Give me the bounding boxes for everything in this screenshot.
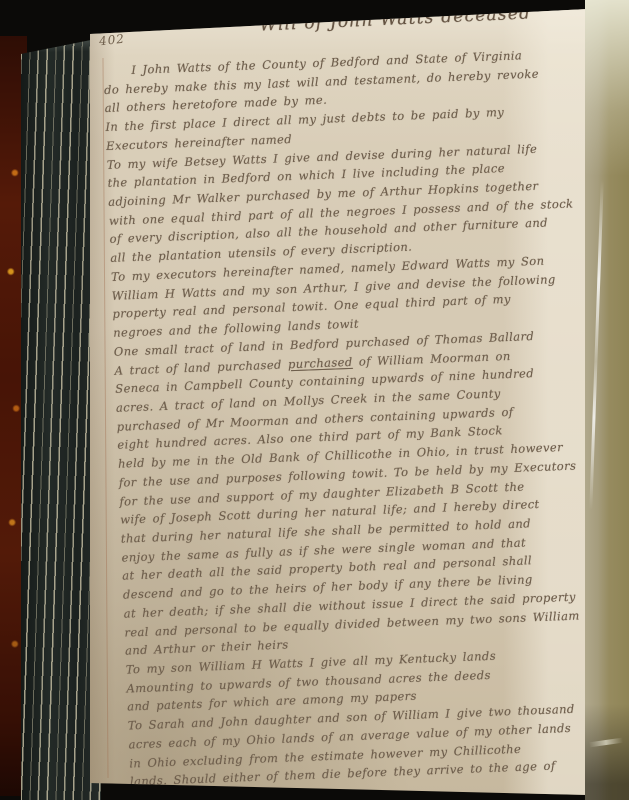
manuscript-page: 402 Will of John Watts deceased I John W…	[90, 0, 588, 800]
page-edge-stack	[21, 38, 101, 800]
sleeve-reflection-streak	[589, 180, 604, 510]
underlined-correction-word: purchased	[288, 354, 353, 370]
book-photo: 402 Will of John Watts deceased I John W…	[0, 0, 629, 800]
manuscript-title: Will of John Watts deceased	[230, 2, 561, 37]
manuscript-text-block: I John Watts of the County of Bedford an…	[103, 44, 610, 792]
page-number: 402	[98, 32, 125, 49]
plastic-sleeve-edge	[585, 0, 629, 800]
sleeve-reflection-bottom	[589, 738, 623, 748]
